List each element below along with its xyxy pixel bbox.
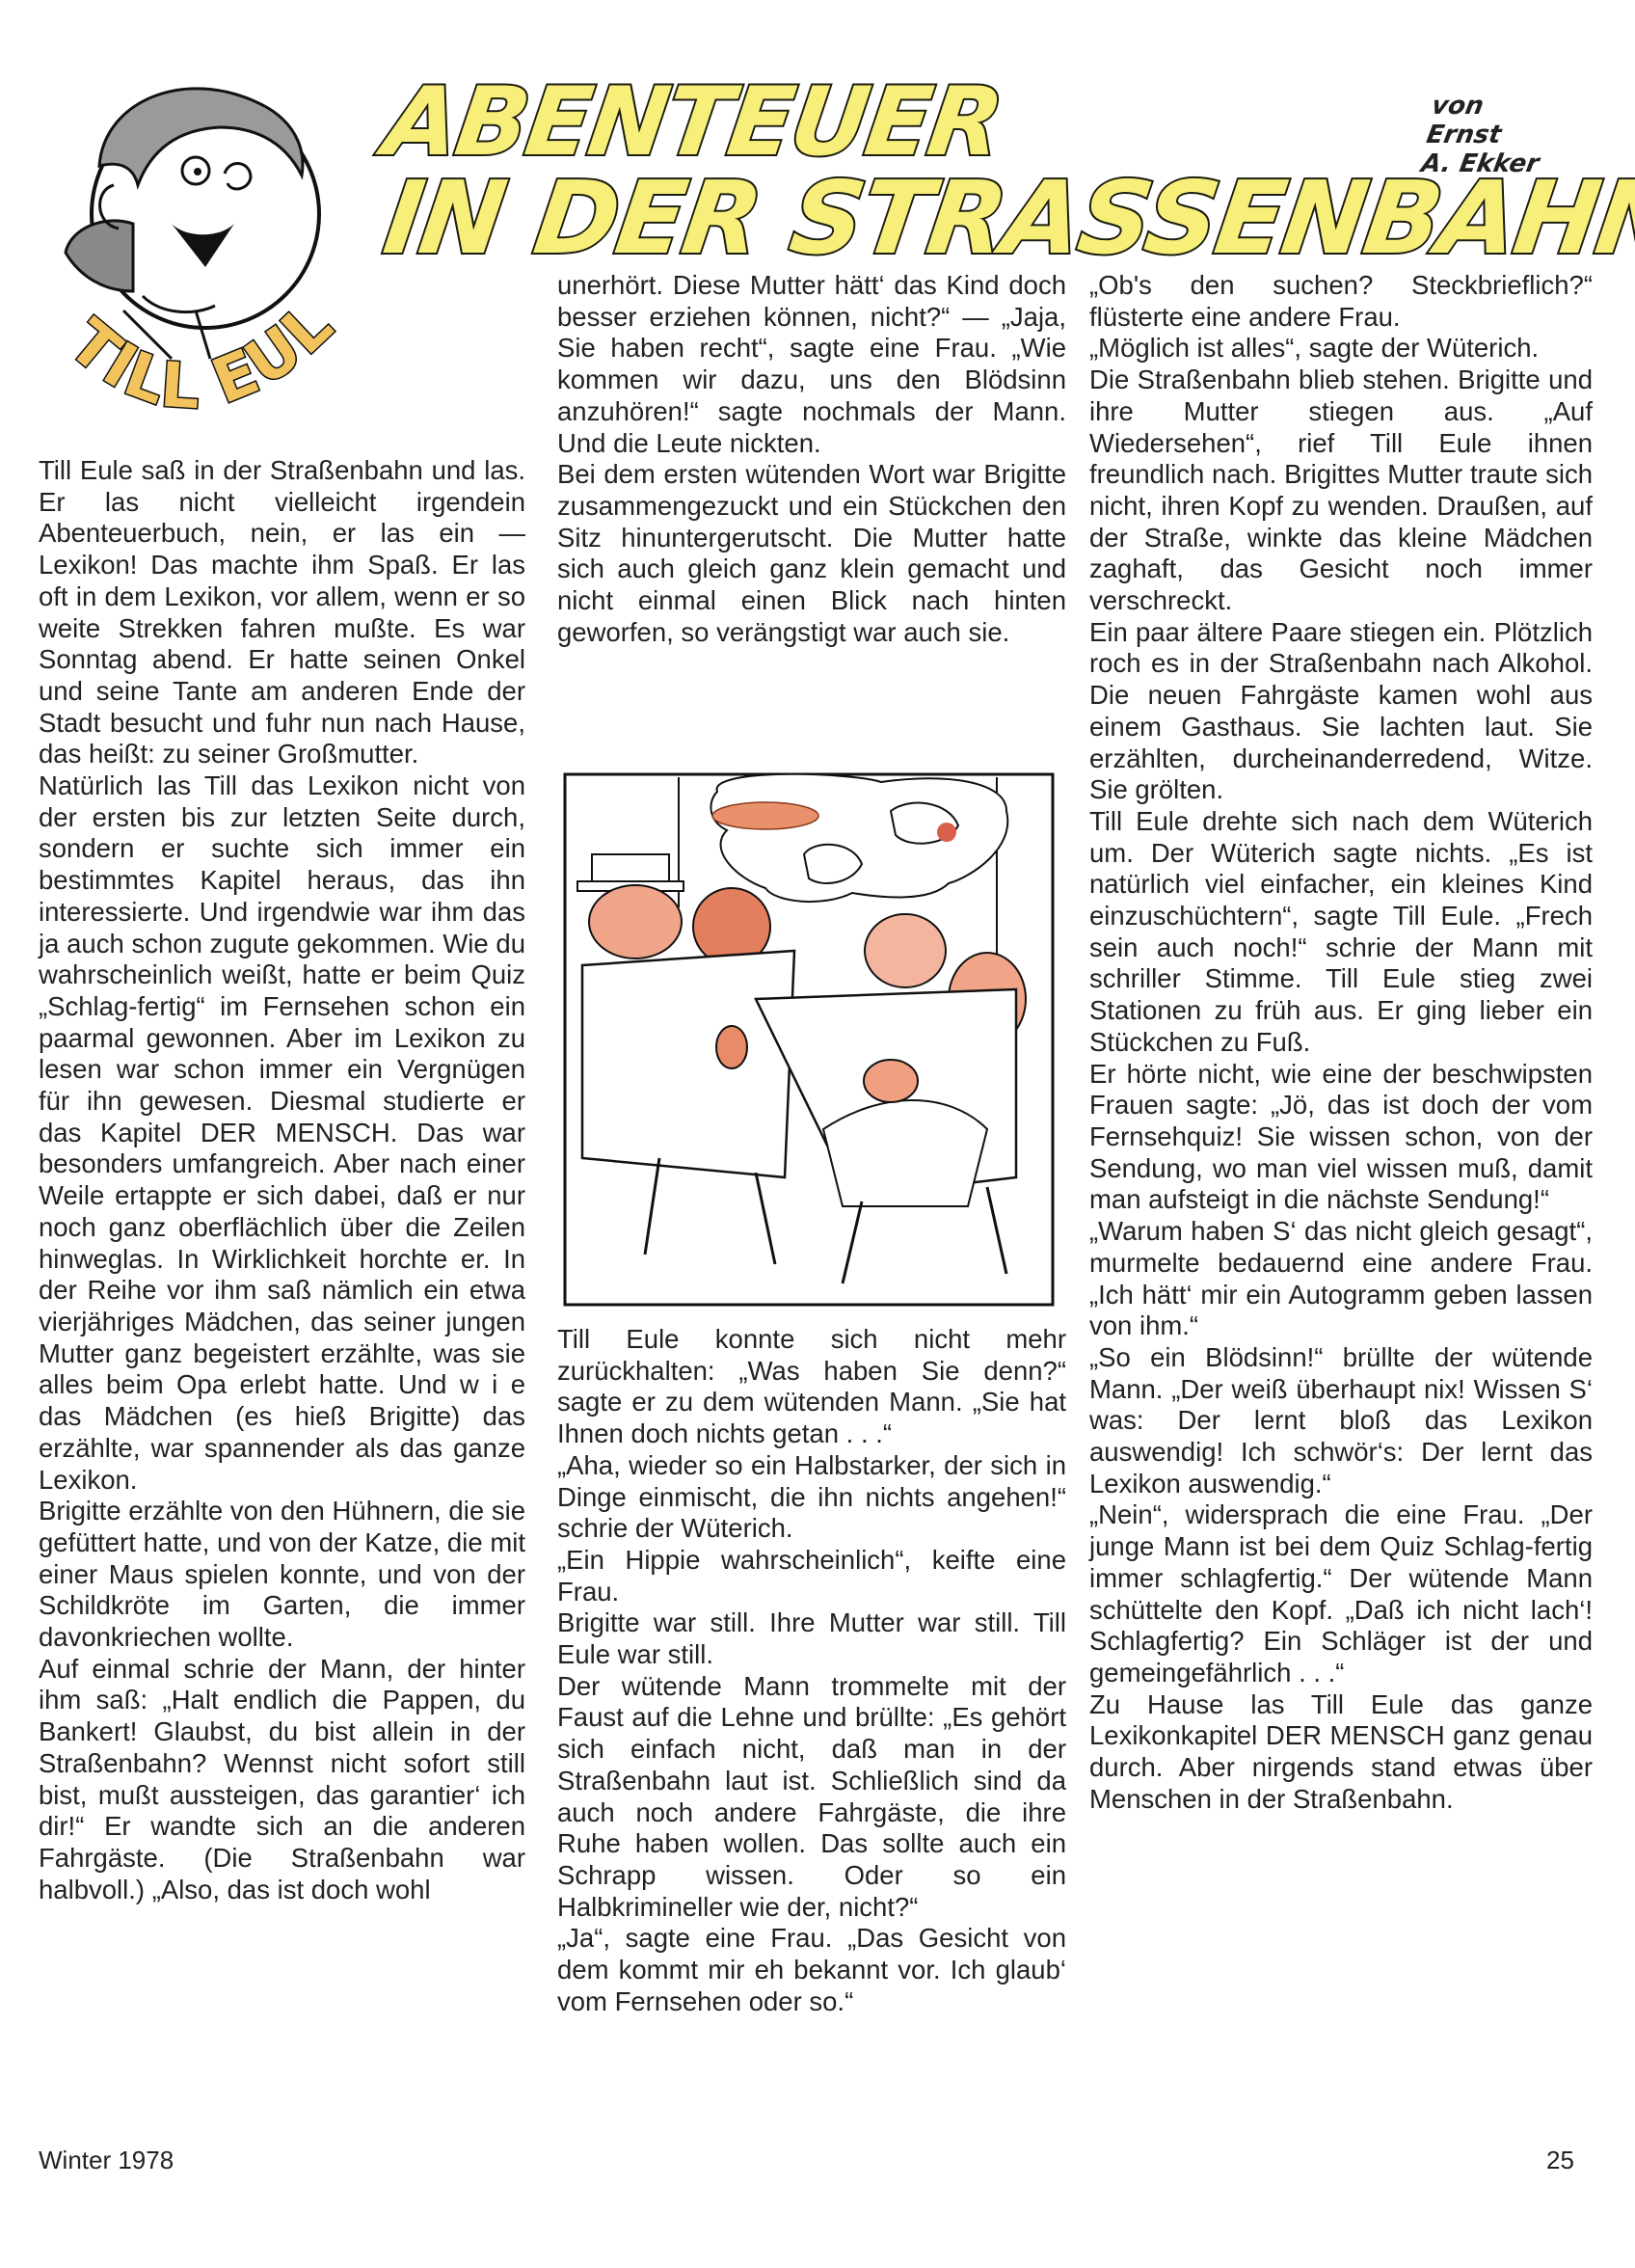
paragraph: Er hörte nicht, wie eine der beschwipste… xyxy=(1089,1059,1593,1217)
byline-prefix: von xyxy=(1430,92,1552,121)
paragraph: „Ob's den suchen? Steckbrieflich?“ flüst… xyxy=(1089,270,1593,333)
paragraph: „So ein Blödsinn!“ brüllte der wütende M… xyxy=(1089,1342,1593,1500)
text-column-3: „Ob's den suchen? Steckbrieflich?“ flüst… xyxy=(1089,270,1593,1815)
issue-label: Winter 1978 xyxy=(39,2146,174,2175)
paragraph: Die Straßenbahn blieb stehen. Brigitte u… xyxy=(1089,364,1593,617)
tram-passengers-drawing xyxy=(563,772,1055,1308)
till-eule-logo: TILL EULE xyxy=(27,69,364,445)
tram-illustration xyxy=(563,772,1055,1308)
paragraph: Till Eule konnte sich nicht mehr zurückh… xyxy=(557,1324,1066,1450)
paragraph: „Möglich ist alles“, sagte der Wüterich. xyxy=(1089,333,1593,364)
paragraph: Ein paar ältere Paare stiegen ein. Plötz… xyxy=(1089,617,1593,806)
paragraph: Der wütende Mann trommelte mit der Faust… xyxy=(557,1671,1066,1924)
paragraph: „Ein Hippie wahrscheinlich“, keifte eine… xyxy=(557,1545,1066,1607)
paragraph: Brigitte erzählte von den Hühnern, die s… xyxy=(39,1496,525,1654)
text-column-2-top: unerhört. Diese Mutter hätt‘ das Kind do… xyxy=(557,270,1066,648)
paragraph: Till Eule drehte sich nach dem Wüterich … xyxy=(1089,806,1593,1059)
article-title: Abenteuer in der Straßenbahn von Ernst A… xyxy=(366,67,1620,280)
paragraph: Till Eule saß in der Straßenbahn und las… xyxy=(39,455,525,770)
paragraph: Zu Hause las Till Eule das ganze Lexikon… xyxy=(1089,1689,1593,1816)
paragraph: Bei dem ersten wütenden Wort war Brigitt… xyxy=(557,459,1066,648)
paragraph: „Nein“, widersprach die eine Frau. „Der … xyxy=(1089,1499,1593,1688)
paragraph: unerhört. Diese Mutter hätt‘ das Kind do… xyxy=(557,270,1066,459)
paragraph: „Warum haben S‘ das nicht gleich gesagt“… xyxy=(1089,1216,1593,1342)
paragraph: Auf einmal schrie der Mann, der hinter i… xyxy=(39,1654,525,1906)
text-column-2-bottom: Till Eule konnte sich nicht mehr zurückh… xyxy=(557,1324,1066,2017)
byline-last-name: A. Ekker xyxy=(1419,149,1541,178)
author-byline: von Ernst A. Ekker xyxy=(1419,92,1551,178)
text-column-1: Till Eule saß in der Straßenbahn und las… xyxy=(39,455,525,1905)
paragraph: Brigitte war still. Ihre Mutter war stil… xyxy=(557,1607,1066,1670)
paragraph: Natürlich las Till das Lexikon nicht von… xyxy=(39,770,525,1496)
paragraph: „Ja“, sagte eine Frau. „Das Gesicht von … xyxy=(557,1923,1066,2017)
byline-first-name: Ernst xyxy=(1424,121,1546,149)
page-number: 25 xyxy=(1546,2146,1574,2175)
boy-face-illustration: TILL EULE xyxy=(27,69,364,445)
paragraph: „Aha, wieder so ein Halbstarker, der sic… xyxy=(557,1450,1066,1545)
